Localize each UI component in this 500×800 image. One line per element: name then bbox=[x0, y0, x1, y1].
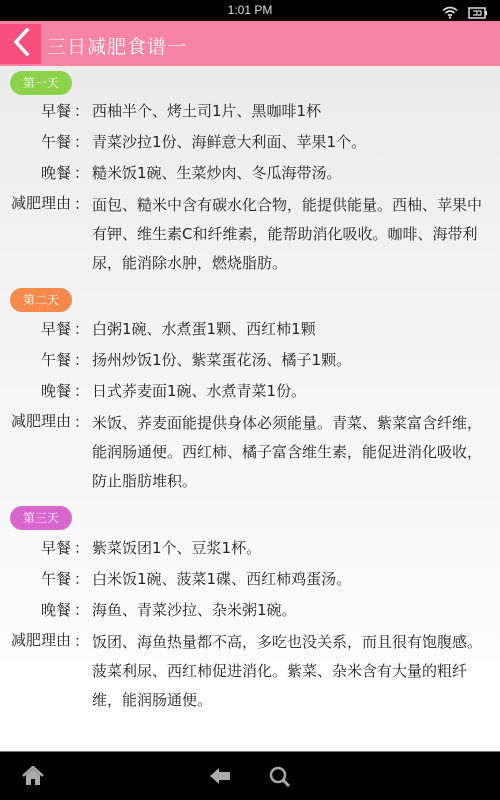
day-badge: 第三天 bbox=[10, 506, 72, 530]
colon: ： bbox=[71, 347, 92, 374]
back-arrow-icon[interactable] bbox=[209, 766, 231, 790]
reason-label: 减肥理由 bbox=[0, 191, 71, 278]
colon: ： bbox=[71, 409, 92, 496]
colon: ： bbox=[71, 191, 92, 278]
day-badge: 第一天 bbox=[10, 71, 72, 95]
reason-label: 减肥理由 bbox=[0, 409, 71, 496]
meal-label: 晚餐 bbox=[0, 160, 71, 187]
meal-value: 白粥1碗、水煮蛋1颗、西红柿1颗 bbox=[92, 316, 482, 343]
day-section: 第一天 早餐：西柚半个、烤土司1片、黑咖啡1杯 午餐：青菜沙拉1份、海鲜意大利面… bbox=[0, 66, 500, 278]
app-bar: 三日减肥食谱一 bbox=[0, 21, 500, 66]
meal-lunch: 午餐：青菜沙拉1份、海鲜意大利面、苹果1个。 bbox=[0, 129, 500, 156]
day-section: 第三天 早餐：紫菜饭团1个、豆浆1杯。 午餐：白米饭1碗、菠菜1碟、西红柿鸡蛋汤… bbox=[0, 496, 500, 715]
colon: ： bbox=[71, 129, 92, 156]
status-time: 1:01 PM bbox=[0, 3, 500, 17]
search-icon[interactable] bbox=[269, 766, 291, 792]
colon: ： bbox=[71, 566, 92, 593]
meal-label: 午餐 bbox=[0, 566, 71, 593]
page-title: 三日减肥食谱一 bbox=[47, 32, 187, 59]
colon: ： bbox=[71, 628, 92, 715]
meal-breakfast: 早餐：西柚半个、烤土司1片、黑咖啡1杯 bbox=[0, 98, 500, 125]
meal-lunch: 午餐：扬州炒饭1份、紫菜蛋花汤、橘子1颗。 bbox=[0, 347, 500, 374]
meal-label: 早餐 bbox=[0, 316, 71, 343]
meal-dinner: 晚餐：糙米饭1碗、生菜炒肉、冬瓜海带汤。 bbox=[0, 160, 500, 187]
colon: ： bbox=[71, 597, 92, 624]
meal-value: 白米饭1碗、菠菜1碟、西红柿鸡蛋汤。 bbox=[92, 566, 482, 593]
diet-reason: 减肥理由：饭团、海鱼热量都不高，多吃也没关系，而且很有饱腹感。菠菜利尿、西红柿促… bbox=[0, 628, 500, 715]
colon: ： bbox=[71, 535, 92, 562]
day-section: 第二天 早餐：白粥1碗、水煮蛋1颗、西红柿1颗 午餐：扬州炒饭1份、紫菜蛋花汤、… bbox=[0, 278, 500, 496]
meal-value: 糙米饭1碗、生菜炒肉、冬瓜海带汤。 bbox=[92, 160, 482, 187]
day-badge: 第二天 bbox=[10, 288, 72, 312]
home-icon[interactable] bbox=[22, 766, 44, 790]
status-bar: 1:01 PM bbox=[0, 0, 500, 21]
meal-value: 西柚半个、烤土司1片、黑咖啡1杯 bbox=[92, 98, 482, 125]
reason-label: 减肥理由 bbox=[0, 628, 71, 715]
meal-label: 晚餐 bbox=[0, 378, 71, 405]
meal-breakfast: 早餐：白粥1碗、水煮蛋1颗、西红柿1颗 bbox=[0, 316, 500, 343]
meal-value: 紫菜饭团1个、豆浆1杯。 bbox=[92, 535, 482, 562]
colon: ： bbox=[71, 160, 92, 187]
meal-label: 早餐 bbox=[0, 98, 71, 125]
meal-label: 午餐 bbox=[0, 129, 71, 156]
diet-reason: 减肥理由：米饭、荞麦面能提供身体必须能量。青菜、紫菜富含纤维，能润肠通便。西红柿… bbox=[0, 409, 500, 496]
meal-label: 晚餐 bbox=[0, 597, 71, 624]
colon: ： bbox=[71, 98, 92, 125]
meal-lunch: 午餐：白米饭1碗、菠菜1碟、西红柿鸡蛋汤。 bbox=[0, 566, 500, 593]
diet-reason: 减肥理由：面包、糙米中含有碳水化合物，能提供能量。西柚、苹果中有钾、维生素C和纤… bbox=[0, 191, 500, 278]
recipe-content[interactable]: 第一天 早餐：西柚半个、烤土司1片、黑咖啡1杯 午餐：青菜沙拉1份、海鲜意大利面… bbox=[0, 66, 500, 751]
meal-breakfast: 早餐：紫菜饭团1个、豆浆1杯。 bbox=[0, 535, 500, 562]
meal-dinner: 晚餐：日式荞麦面1碗、水煮青菜1份。 bbox=[0, 378, 500, 405]
back-button[interactable] bbox=[0, 24, 41, 64]
reason-value: 面包、糙米中含有碳水化合物，能提供能量。西柚、苹果中有钾、维生素C和纤维素，能帮… bbox=[92, 191, 482, 278]
reason-value: 米饭、荞麦面能提供身体必须能量。青菜、紫菜富含纤维，能润肠通便。西红柿、橘子富含… bbox=[92, 409, 482, 496]
colon: ： bbox=[71, 378, 92, 405]
meal-label: 午餐 bbox=[0, 347, 71, 374]
meal-value: 扬州炒饭1份、紫菜蛋花汤、橘子1颗。 bbox=[92, 347, 482, 374]
system-nav-bar bbox=[0, 751, 500, 800]
colon: ： bbox=[71, 316, 92, 343]
reason-value: 饭团、海鱼热量都不高，多吃也没关系，而且很有饱腹感。菠菜利尿、西红柿促进消化。紫… bbox=[92, 628, 482, 715]
meal-value: 青菜沙拉1份、海鲜意大利面、苹果1个。 bbox=[92, 129, 482, 156]
meal-label: 早餐 bbox=[0, 535, 71, 562]
meal-value: 海鱼、青菜沙拉、杂米粥1碗。 bbox=[92, 597, 482, 624]
chevron-left-icon bbox=[12, 28, 30, 60]
meal-dinner: 晚餐：海鱼、青菜沙拉、杂米粥1碗。 bbox=[0, 597, 500, 624]
meal-value: 日式荞麦面1碗、水煮青菜1份。 bbox=[92, 378, 482, 405]
